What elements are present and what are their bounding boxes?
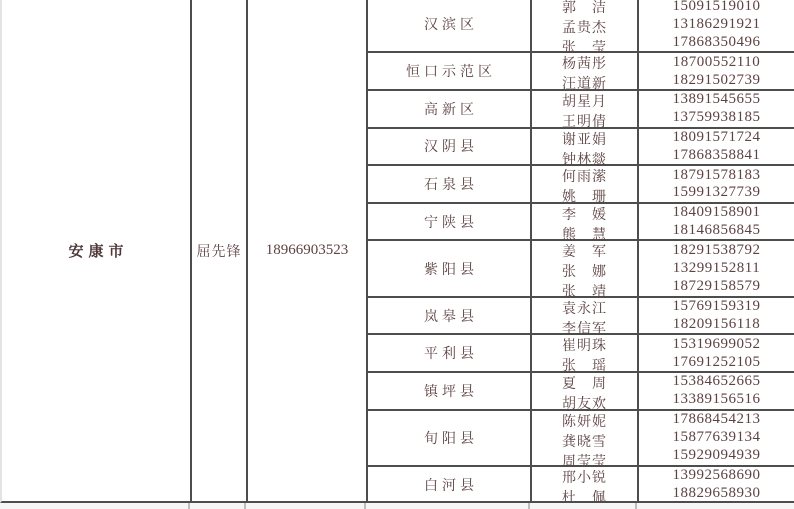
contact-names-cell: 谢亚娟钟林燚	[532, 129, 639, 165]
contact-phones-cell: 178684542131587763913415929094939	[639, 411, 794, 465]
contact-phone: 15769159319	[639, 298, 794, 316]
city-name: 安康市	[68, 240, 128, 261]
district-name: 恒口示范区	[406, 61, 496, 81]
contact-name: 龚晓雪	[532, 431, 637, 451]
district-row: 汉阴县谢亚娟钟林燚1809157172417868358841	[368, 129, 794, 167]
grid-line-stub	[188, 503, 190, 509]
contact-phone: 18146856845	[639, 222, 794, 240]
contact-name: 杨茜彤	[532, 53, 637, 73]
contact-phones-cell: 1389154565513759938185	[639, 91, 794, 127]
contact-phone: 15319699052	[639, 335, 794, 353]
contact-name: 夏 周	[532, 373, 637, 393]
contact-name: 谢亚娟	[532, 129, 637, 149]
district-name-cell: 旬阳县	[368, 411, 532, 465]
contact-names-cell: 胡星月王明倩	[532, 91, 639, 127]
contact-phone: 17868358841	[639, 146, 794, 164]
district-name-cell: 紫阳县	[368, 241, 532, 295]
contact-names-cell: 姜 军张 娜张 靖	[532, 241, 639, 295]
contact-phones-cell: 1870055211018291502739	[639, 53, 794, 89]
district-row: 石泉县何雨潆姚 珊1879157818315991327739	[368, 166, 794, 204]
contact-phone: 15929094939	[639, 447, 794, 465]
contact-names-cell: 李 媛熊 慧	[532, 204, 639, 240]
table-bottom-edge	[0, 503, 794, 509]
contact-phones-cell: 1840915890118146856845	[639, 204, 794, 240]
contact-name: 李 媛	[532, 204, 637, 224]
contact-name: 张 娜	[532, 261, 637, 281]
contact-name: 崔明珠	[532, 335, 637, 355]
contact-phone: 13389156516	[639, 391, 794, 409]
district-name-cell: 石泉县	[368, 166, 532, 202]
district-row: 高新区胡星月王明倩1389154565513759938185	[368, 91, 794, 129]
district-rows-container: 汉滨区郭 洁孟贵杰张 莹1509151901013186291921178683…	[368, 0, 794, 501]
document-page: 安康市 屈先锋 18966903523 汉滨区郭 洁孟贵杰张 莹15091519…	[0, 0, 794, 509]
grid-line-stub	[364, 503, 366, 509]
contact-phones-cell: 1538465266513389156516	[639, 373, 794, 409]
contact-name: 陈妍妮	[532, 411, 637, 431]
district-row: 宁陕县李 媛熊 慧1840915890118146856845	[368, 204, 794, 242]
contact-names-cell: 崔明珠张 瑶	[532, 335, 639, 371]
district-name: 平利县	[424, 343, 478, 363]
contact-name: 孟贵杰	[532, 17, 637, 37]
contact-phones-cell: 1576915931918209156118	[639, 298, 794, 334]
contact-name: 姜 军	[532, 241, 637, 261]
contact-phone: 13891545655	[639, 91, 794, 109]
district-name: 宁陕县	[424, 212, 478, 232]
contact-names-cell: 杨茜彤汪道新	[532, 53, 639, 89]
district-row: 平利县崔明珠张 瑶1531969905217691252105	[368, 335, 794, 373]
contact-phones-cell: 182915387921329915281118729158579	[639, 241, 794, 295]
contact-names-cell: 何雨潆姚 珊	[532, 166, 639, 202]
district-name: 石泉县	[424, 174, 478, 194]
district-name-cell: 汉滨区	[368, 0, 532, 51]
district-name-cell: 高新区	[368, 91, 532, 127]
district-name: 岚皋县	[424, 306, 478, 326]
contact-names-cell: 夏 周胡友欢	[532, 373, 639, 409]
district-name: 汉滨区	[424, 14, 478, 34]
contact-phone: 18091571724	[639, 129, 794, 147]
district-row: 镇坪县夏 周胡友欢1538465266513389156516	[368, 373, 794, 411]
contact-phone: 18209156118	[639, 316, 794, 334]
contact-names-cell: 邢小锐杜 佩	[532, 467, 639, 503]
district-name-cell: 汉阴县	[368, 129, 532, 165]
contact-phone: 18729158579	[639, 278, 794, 296]
district-name: 紫阳县	[424, 259, 478, 279]
contact-phones-cell: 1531969905217691252105	[639, 335, 794, 371]
contact-phone: 13299152811	[639, 259, 794, 277]
city-leader-name-cell: 屈先锋	[192, 0, 248, 501]
contact-names-cell: 袁永江李信军	[532, 298, 639, 334]
district-name-cell: 宁陕县	[368, 204, 532, 240]
grid-line-stub	[528, 503, 530, 509]
contact-phone: 15877639134	[639, 429, 794, 447]
district-name-cell: 岚皋县	[368, 298, 532, 334]
contact-phone: 15384652665	[639, 373, 794, 391]
contact-names-cell: 陈妍妮龚晓雪周莹莹	[532, 411, 639, 465]
contact-phone: 17691252105	[639, 353, 794, 371]
contact-phone: 17868454213	[639, 411, 794, 429]
contact-phones-cell: 1879157818315991327739	[639, 166, 794, 202]
district-row: 白河县邢小锐杜 佩1399256869018829658930	[368, 467, 794, 503]
contact-phone: 15091519010	[639, 0, 794, 15]
contact-name: 杜 佩	[532, 487, 637, 503]
contact-phone: 15991327739	[639, 184, 794, 202]
contact-phone: 18791578183	[639, 166, 794, 184]
city-leader-phone-cell: 18966903523	[248, 0, 368, 501]
contact-phone: 13186291921	[639, 15, 794, 33]
contact-phone: 17868350496	[639, 33, 794, 51]
contact-phone: 18700552110	[639, 53, 794, 71]
grid-line-stub	[635, 503, 637, 509]
district-row: 岚皋县袁永江李信军1576915931918209156118	[368, 298, 794, 336]
contact-names-cell: 郭 洁孟贵杰张 莹	[532, 0, 639, 51]
district-name: 镇坪县	[424, 381, 478, 401]
contact-name: 袁永江	[532, 298, 637, 318]
contact-phone: 18829658930	[639, 485, 794, 503]
district-name: 汉阴县	[424, 136, 478, 156]
grid-line-stub	[244, 503, 246, 509]
city-cell: 安康市	[2, 0, 192, 501]
contact-phones-cell: 1399256869018829658930	[639, 467, 794, 503]
district-row: 旬阳县陈妍妮龚晓雪周莹莹1786845421315877639134159290…	[368, 411, 794, 467]
contact-phones-cell: 150915190101318629192117868350496	[639, 0, 794, 51]
contact-name: 郭 洁	[532, 0, 637, 17]
district-name-cell: 白河县	[368, 467, 532, 503]
district-name-cell: 平利县	[368, 335, 532, 371]
district-name-cell: 镇坪县	[368, 373, 532, 409]
district-row: 汉滨区郭 洁孟贵杰张 莹1509151901013186291921178683…	[368, 0, 794, 53]
contact-table: 安康市 屈先锋 18966903523 汉滨区郭 洁孟贵杰张 莹15091519…	[0, 0, 794, 503]
contact-phone: 13759938185	[639, 109, 794, 127]
contact-name: 胡星月	[532, 91, 637, 111]
contact-name: 何雨潆	[532, 166, 637, 186]
district-row: 恒口示范区杨茜彤汪道新1870055211018291502739	[368, 53, 794, 91]
city-leader-name: 屈先锋	[197, 241, 242, 261]
district-name: 高新区	[424, 99, 478, 119]
contact-phone: 18409158901	[639, 204, 794, 222]
district-row: 紫阳县姜 军张 娜张 靖1829153879213299152811187291…	[368, 241, 794, 297]
contact-phone: 18291502739	[639, 71, 794, 89]
city-leader-phone: 18966903523	[266, 242, 349, 259]
district-name: 白河县	[424, 475, 478, 495]
contact-phones-cell: 1809157172417868358841	[639, 129, 794, 165]
contact-phone: 13992568690	[639, 467, 794, 485]
contact-name: 邢小锐	[532, 467, 637, 487]
district-name: 旬阳县	[424, 428, 478, 448]
contact-phone: 18291538792	[639, 241, 794, 259]
district-name-cell: 恒口示范区	[368, 53, 532, 89]
